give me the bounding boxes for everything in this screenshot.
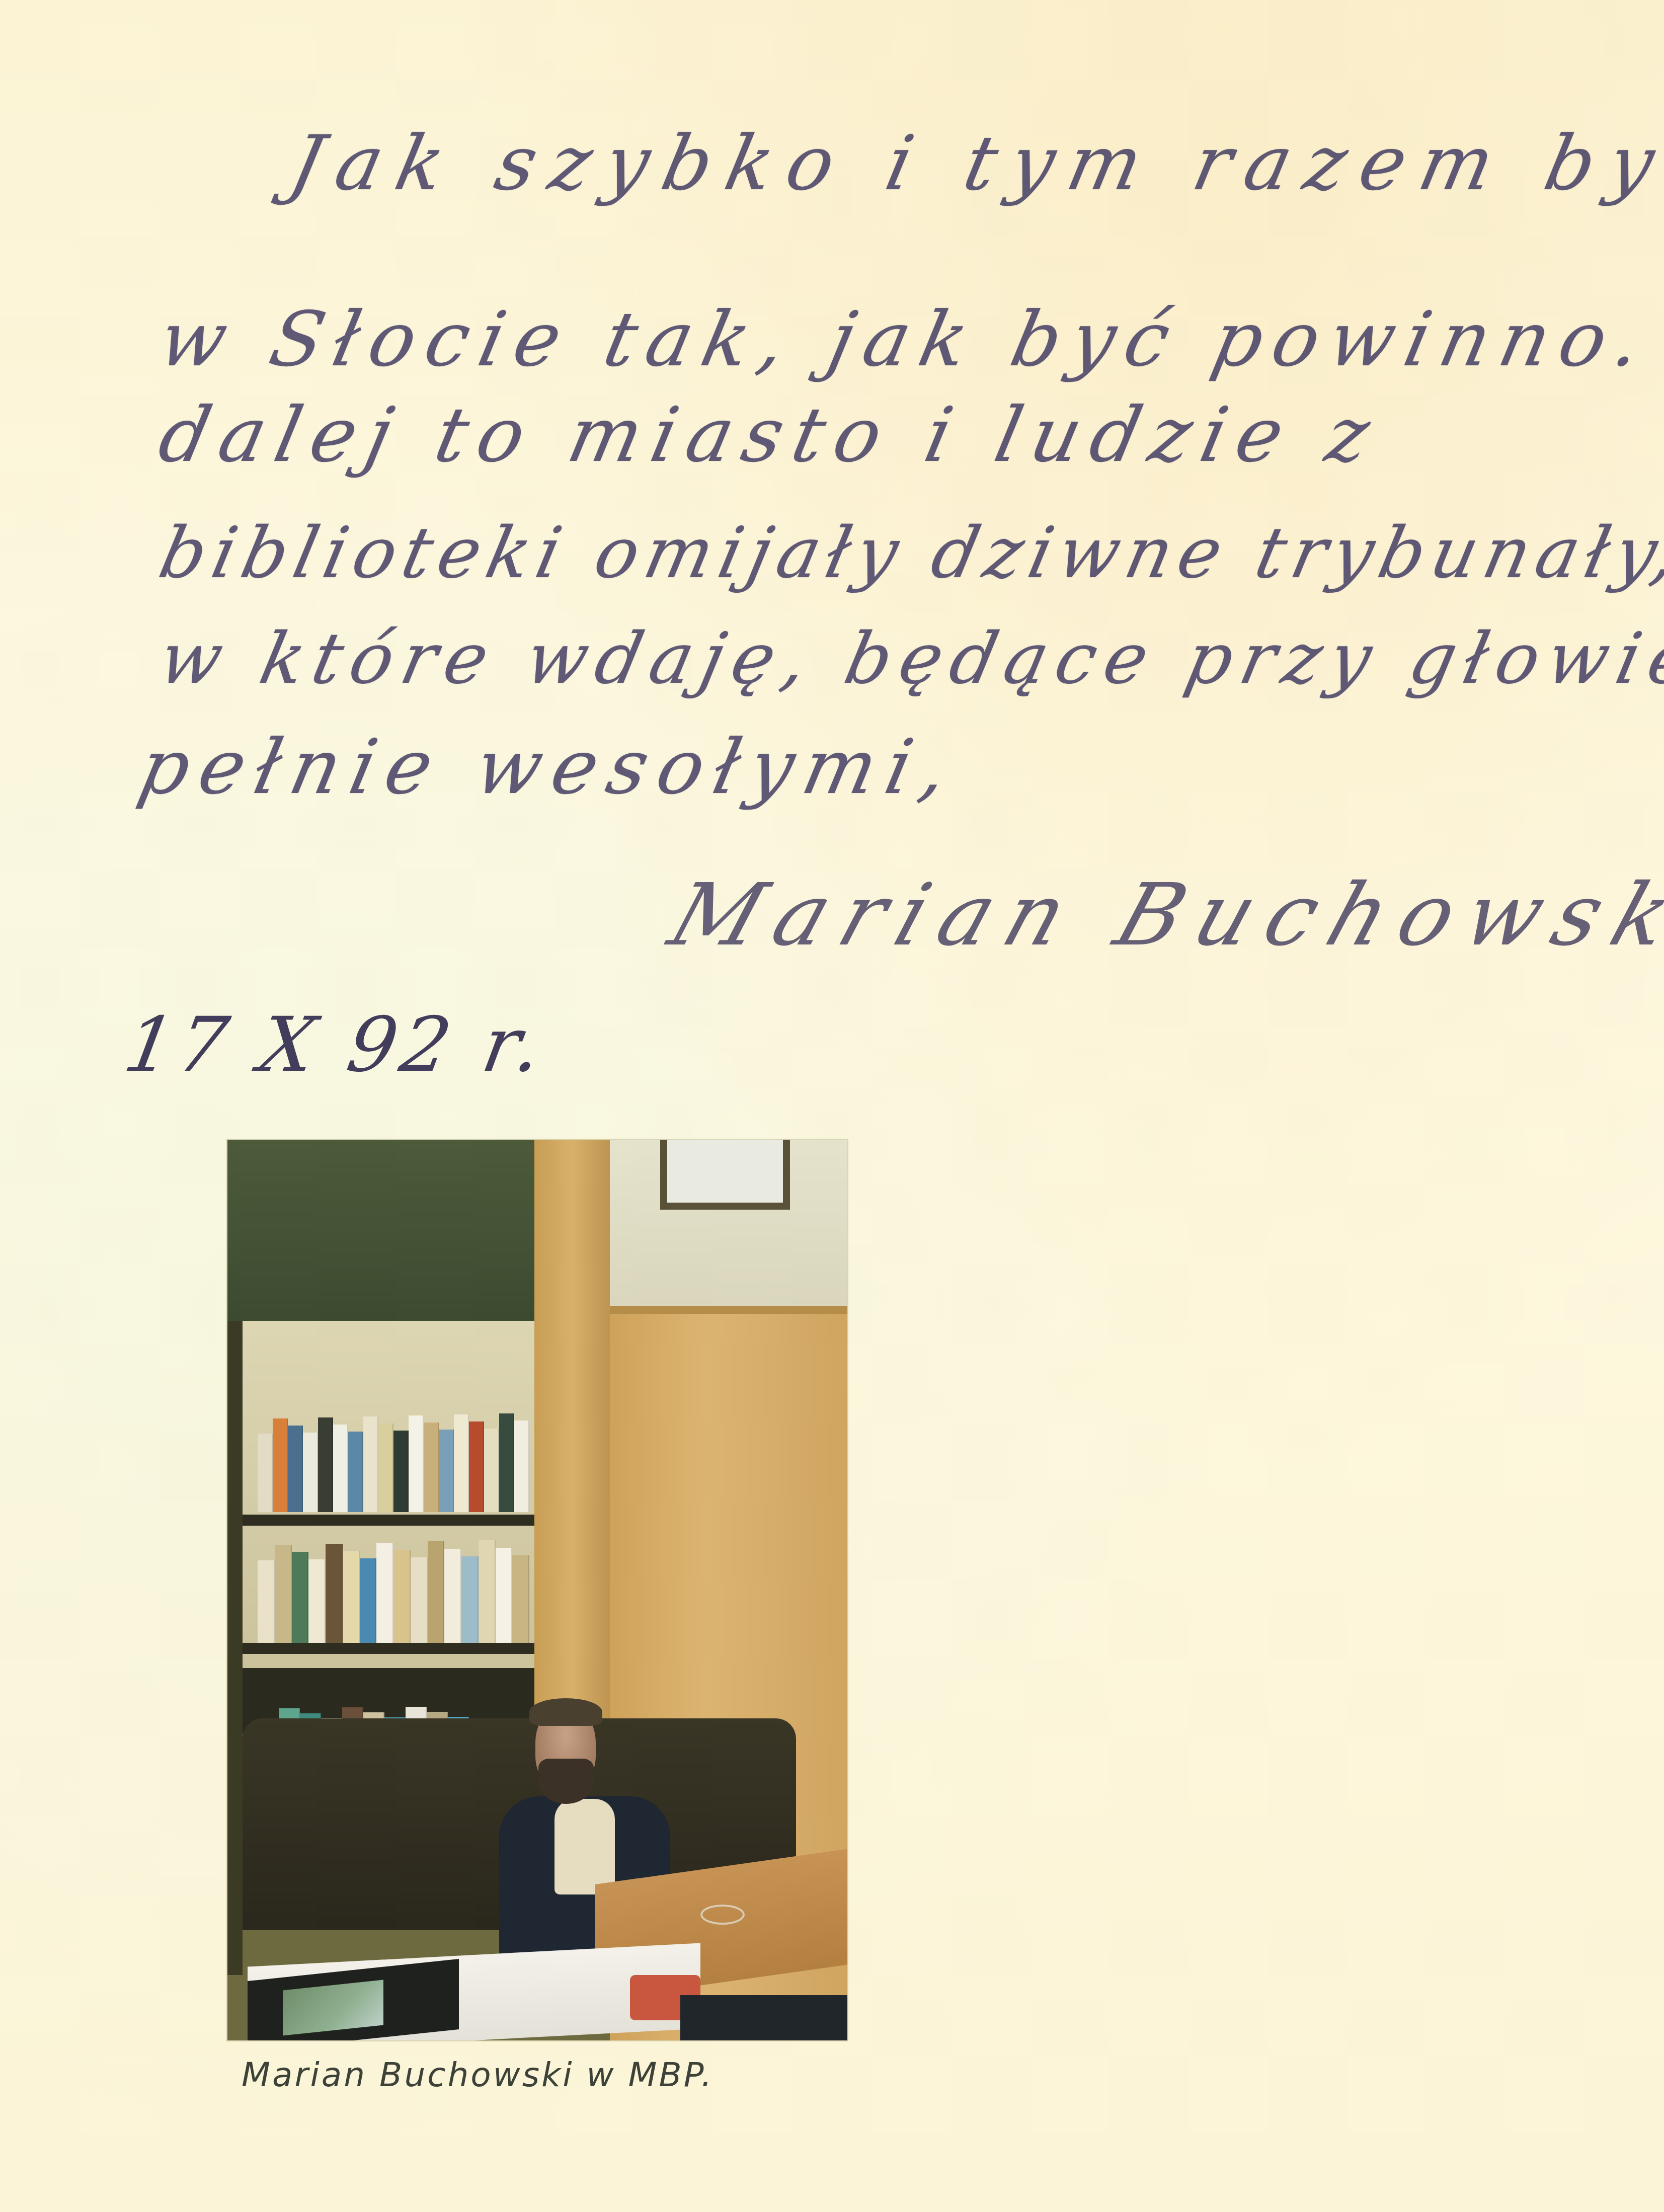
photo-book-spine — [496, 1548, 513, 1643]
handwritten-date: 17 X 92 r. — [118, 1001, 553, 1089]
photo-book-spine — [258, 1560, 275, 1643]
photo-book-spine — [288, 1426, 303, 1512]
photo-ashtray — [700, 1905, 745, 1925]
photo-man-sweater — [554, 1799, 615, 1894]
dedication-line: pełnie wesołymi, — [133, 730, 965, 805]
photo-book-spine — [326, 1544, 343, 1643]
signature: Marian Buchowski — [658, 865, 1664, 965]
photo-caption: Marian Buchowski w MBP. — [242, 2056, 714, 2094]
photo-book-spine — [454, 1414, 469, 1512]
photo-book-spine — [439, 1430, 454, 1512]
photo-shelf-board — [237, 1643, 534, 1654]
photo-shelf-top — [227, 1140, 539, 1321]
dedication-line: biblioteki omijały dziwne trybunały, — [153, 518, 1664, 589]
photo-book-spine — [376, 1543, 393, 1643]
photo-book-spine — [378, 1424, 393, 1512]
photo-book-spine — [318, 1417, 333, 1512]
photo-book-spine — [343, 1551, 360, 1643]
dedication-line: w Słocie tak, jak być powinno. Oby — [153, 302, 1664, 377]
photo-shelf-side — [227, 1321, 243, 1975]
photo-book-spine — [360, 1558, 377, 1643]
photo-book-spine — [333, 1425, 348, 1512]
photo-book-spine — [479, 1540, 496, 1643]
photo-book-spine — [409, 1415, 424, 1512]
photo-book-spine — [428, 1541, 445, 1643]
office-photograph — [227, 1140, 847, 2040]
photo-book-spine — [461, 1556, 479, 1643]
photo-book-spine — [469, 1421, 484, 1512]
photo-book-spine — [348, 1432, 363, 1512]
photo-book-spine — [499, 1413, 514, 1512]
photo-books-shelf-2 — [258, 1537, 529, 1643]
photo-book-spine — [393, 1431, 409, 1512]
photo-book-spine — [273, 1418, 288, 1512]
dedication-line: dalej to miasto i ludzie z — [153, 398, 1387, 473]
photo-book-spine — [424, 1423, 439, 1512]
guestbook-page: Jak szybko i tym razem było w Słocie tak… — [0, 0, 1664, 2212]
photo-book-spine — [292, 1552, 309, 1643]
photo-book-spine — [512, 1555, 529, 1643]
photo-picture-frame — [660, 1140, 790, 1210]
photo-shelf-board — [237, 1515, 534, 1526]
photo-book-spine — [303, 1433, 318, 1512]
dedication-line: Jak szybko i tym razem było — [284, 126, 1664, 201]
photo-book-spine — [514, 1420, 529, 1512]
photo-book-spine — [363, 1416, 378, 1512]
photo-book-spine — [484, 1429, 499, 1512]
photo-books-shelf-1 — [258, 1411, 529, 1512]
photo-book-spine — [411, 1557, 428, 1643]
photo-man-beard — [538, 1759, 594, 1804]
photo-book-spine — [393, 1550, 411, 1643]
photo-book-spine — [275, 1545, 292, 1643]
photo-book-spine — [308, 1559, 326, 1643]
photo-book-spine — [258, 1434, 273, 1512]
photo-man-hair — [529, 1698, 602, 1726]
photo-book-spine — [444, 1549, 461, 1643]
photo-dark-book — [680, 1995, 847, 2040]
dedication-line: w które wdaję, będące przy głowie, — [153, 624, 1664, 694]
